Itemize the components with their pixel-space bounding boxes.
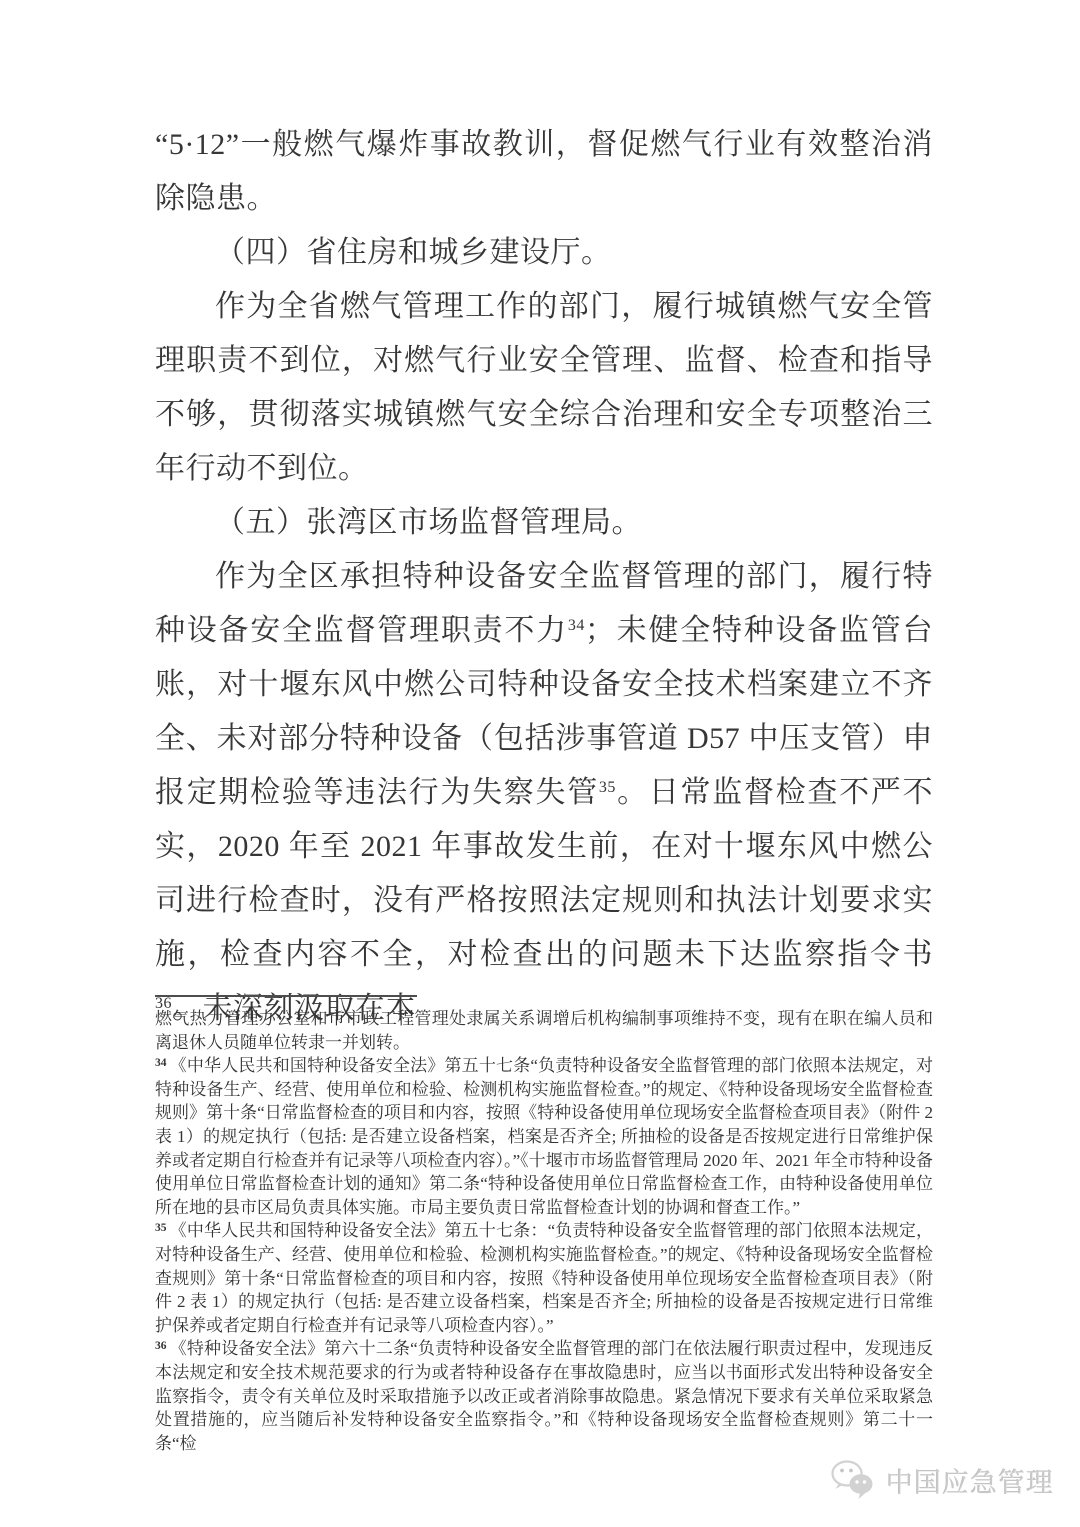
- footnote-text: 《特种设备安全法》第六十二条“负责特种设备安全监督管理的部门在依法履行职责过程中…: [155, 1339, 933, 1452]
- paragraph-text: 作为全省燃气管理工作的部门，履行城镇燃气安全管理职责不到位，对燃气行业安全管理、…: [155, 290, 933, 485]
- footnote: 燃气热力管理办公室和市市政工程管理处隶属关系调增后机构编制事项维持不变，现有在职…: [155, 1007, 933, 1054]
- footnote: 36《特种设备安全法》第六十二条“负责特种设备安全监督管理的部门在依法履行职责过…: [155, 1337, 933, 1455]
- body-paragraph: “5·12”一般燃气爆炸事故教训，督促燃气行业有效整治消除隐患。: [155, 118, 933, 226]
- footnote-marker: 34: [155, 1057, 167, 1069]
- paragraph-text: （四）省住房和城乡建设厅。: [215, 236, 612, 269]
- footnote-text: 燃气热力管理办公室和市市政工程管理处隶属关系调增后机构编制事项维持不变，现有在职…: [155, 1009, 933, 1052]
- document-page: “5·12”一般燃气爆炸事故教训，督促燃气行业有效整治消除隐患。（四）省住房和城…: [0, 0, 1080, 1527]
- watermark-label: 中国应急管理: [886, 1461, 1054, 1500]
- watermark: 中国应急管理: [830, 1459, 1054, 1501]
- footnote-area: 燃气热力管理办公室和市市政工程管理处隶属关系调增后机构编制事项维持不变，现有在职…: [155, 995, 933, 1455]
- footnote-marker: 36: [155, 1340, 167, 1352]
- wechat-icon: [830, 1459, 878, 1501]
- footnote-reference: 34: [568, 617, 585, 634]
- footnote: 34《中华人民共和国特种设备安全法》第五十七条“负责特种设备安全监督管理的部门依…: [155, 1054, 933, 1219]
- footnote-text: 《中华人民共和国特种设备安全法》第五十七条：“负责特种设备安全监督管理的部门依照…: [155, 1221, 933, 1334]
- footnote-reference: 35: [599, 779, 616, 796]
- body-paragraph: （五）张湾区市场监督管理局。: [155, 496, 933, 550]
- body-paragraph: 作为全区承担特种设备安全监督管理的部门，履行特种设备安全监督管理职责不力34；未…: [155, 550, 933, 1036]
- footnote-marker: 35: [155, 1222, 167, 1234]
- body-paragraph: 作为全省燃气管理工作的部门，履行城镇燃气安全管理职责不到位，对燃气行业安全管理、…: [155, 280, 933, 496]
- body-paragraphs: “5·12”一般燃气爆炸事故教训，督促燃气行业有效整治消除隐患。（四）省住房和城…: [155, 118, 933, 1036]
- footnotes: 燃气热力管理办公室和市市政工程管理处隶属关系调增后机构编制事项维持不变，现有在职…: [155, 1007, 933, 1455]
- footnote-text: 《中华人民共和国特种设备安全法》第五十七条“负责特种设备安全监督管理的部门依照本…: [155, 1056, 933, 1217]
- footnote-separator: [155, 995, 417, 997]
- paragraph-text: “5·12”一般燃气爆炸事故教训，督促燃气行业有效整治消除隐患。: [155, 128, 933, 215]
- footnote: 35《中华人民共和国特种设备安全法》第五十七条：“负责特种设备安全监督管理的部门…: [155, 1219, 933, 1337]
- paragraph-text: （五）张湾区市场监督管理局。: [215, 506, 642, 539]
- body-paragraph: （四）省住房和城乡建设厅。: [155, 226, 933, 280]
